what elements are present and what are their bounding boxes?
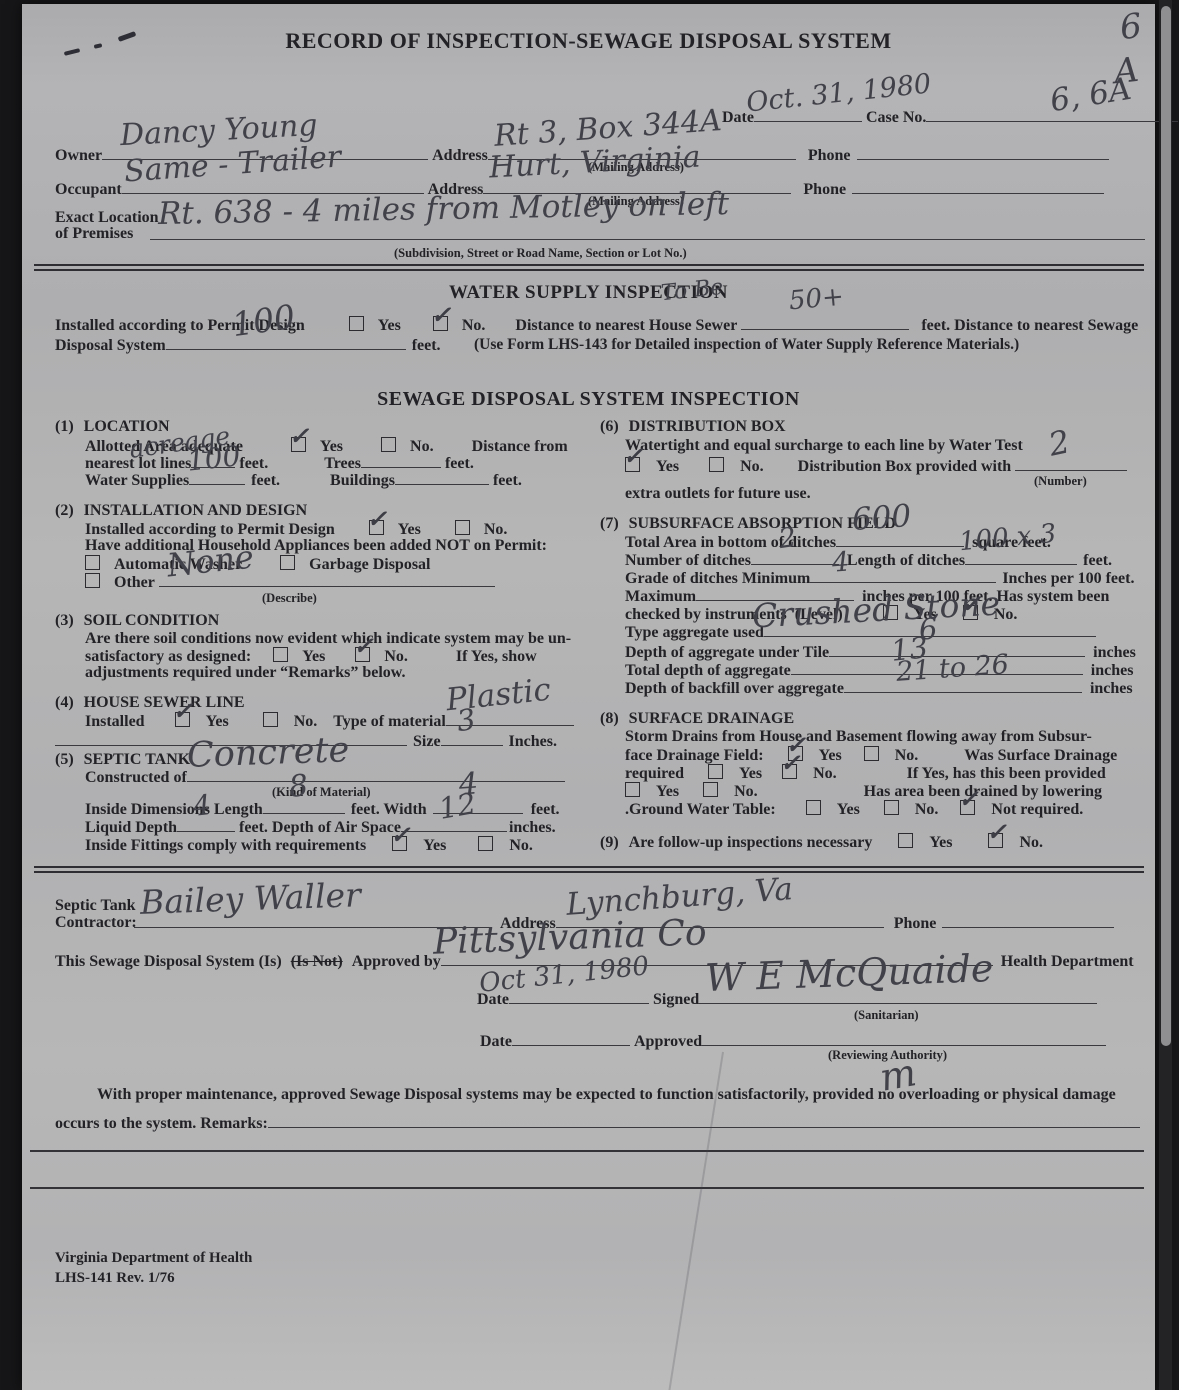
feet-label: feet.	[493, 472, 522, 490]
s7-aggregate-label: Type aggregate used	[625, 624, 764, 642]
yes-label: Yes	[206, 713, 229, 731]
checkbox-s5-no: ✓	[478, 836, 493, 851]
s7-grade-tail: Inches per 100 feet.	[1002, 570, 1134, 588]
health-dept-label: Health Department	[1001, 953, 1134, 971]
footer-form-number: LHS-141 Rev. 1/76	[55, 1268, 175, 1288]
s4-installed-label: Installed	[85, 713, 145, 731]
s2-garbage-label: Garbage Disposal	[309, 556, 430, 574]
s2-appliances-label: Have additional Household Appliances bee…	[85, 537, 547, 555]
checkbox-s3-yes: ✓	[273, 647, 288, 662]
check-mark-icon: ✓	[367, 510, 387, 528]
s6-line1: Watertight and equal surcharge to each l…	[625, 437, 1023, 455]
section-title: DISTRIBUTION BOX	[629, 418, 786, 436]
scrollbar-track[interactable]	[1159, 0, 1172, 1390]
yes-label: Yes	[656, 458, 679, 476]
yes-label: Yes	[423, 837, 446, 855]
s8-gwt-label: .Ground Water Table:	[625, 801, 776, 819]
handwritten-disposal-distance: 100	[230, 300, 297, 341]
no-label: No.	[734, 783, 758, 801]
checkbox-ws-no: ✓	[433, 316, 448, 331]
yes-label: Yes	[378, 317, 401, 335]
s7-max-label: Maximum	[625, 588, 696, 606]
ws-tail-label: feet. Distance to nearest Sewage	[921, 317, 1138, 335]
check-mark-icon: ✓	[289, 427, 309, 445]
handwritten-tank-material: Concrete	[186, 733, 349, 774]
checkbox-s9-yes: ✓	[898, 833, 913, 848]
is-not-label: (Is Not)	[291, 953, 343, 971]
s5-width-label: feet. Width	[351, 801, 427, 819]
document-title: RECORD OF INSPECTION-SEWAGE DISPOSAL SYS…	[22, 28, 1155, 54]
yes-label: Yes	[819, 747, 842, 765]
inches-label: inches	[1093, 644, 1136, 662]
s5-dims-label: Inside Dimensions Length	[85, 801, 263, 819]
remarks-line	[30, 1150, 1144, 1152]
signed-label: Signed	[653, 991, 699, 1009]
checkbox-s8-gwt-yes: ✓	[806, 800, 821, 815]
checkbox-s3-no: ✓	[355, 647, 370, 662]
s8-was-drainage-label: Was Surface Drainage	[964, 747, 1117, 765]
s4-material-label: Type of material	[333, 713, 446, 731]
document-page: RECORD OF INSPECTION-SEWAGE DISPOSAL SYS…	[22, 4, 1155, 1390]
s1-watersupplies-label: Water Supplies	[85, 472, 189, 490]
s5-inches-label: inches.	[509, 819, 556, 837]
no-label: No.	[895, 747, 919, 765]
address-label: Address	[432, 147, 488, 165]
s2-other-label: Other	[114, 574, 155, 592]
handwritten-other: None	[165, 541, 255, 582]
remarks-label: occurs to the system. Remarks:	[55, 1115, 268, 1133]
checkbox-s1-yes: ✓	[291, 437, 306, 452]
number-caption: (Number)	[1034, 474, 1087, 489]
handwritten-watersupplies: 100	[186, 442, 242, 475]
s8-provided-label: If Yes, has this been provided	[907, 765, 1106, 783]
s4-size-label: Size	[413, 733, 441, 751]
handwritten-length: 8	[287, 771, 309, 803]
footer-org: Virginia Department of Health	[55, 1248, 252, 1268]
section-divider	[34, 866, 1144, 873]
s6-provided-label: Distribution Box provided with	[798, 458, 1012, 476]
s7-length-label: Length of ditches	[847, 552, 965, 570]
check-mark-icon: ✓	[780, 754, 800, 772]
s8-field-label: face Drainage Field:	[625, 747, 764, 765]
s1-distance-label: Distance from	[472, 438, 568, 456]
handwritten-area: 600	[851, 501, 912, 536]
describe-caption: (Describe)	[262, 591, 317, 606]
inches-label: inches	[1090, 680, 1133, 698]
no-label: No.	[740, 458, 764, 476]
section-title: SURFACE DRAINAGE	[629, 710, 795, 728]
yes-label: Yes	[929, 834, 952, 852]
checkbox-s2-garbage: ✓	[280, 555, 295, 570]
handwritten-grade: 4	[831, 548, 850, 576]
checkbox-s6-no: ✓	[709, 457, 724, 472]
s7-nditches-label: Number of ditches	[625, 552, 751, 570]
feet-label: feet.	[412, 337, 441, 355]
s4-inches-label: Inches.	[509, 733, 557, 751]
handwritten-health-dept: Pittsylvania Co	[432, 915, 707, 961]
handwritten-distance: 50+	[788, 284, 845, 315]
water-supply-heading: WATER SUPPLY INSPECTION	[22, 282, 1155, 304]
section-number: (2)	[55, 502, 74, 520]
section-title: HOUSE SEWER LINE	[84, 694, 245, 712]
check-mark-icon: ✓	[353, 637, 373, 655]
date-label: Date	[480, 1033, 512, 1051]
checkbox-s8-provided-no: ✓	[703, 782, 718, 797]
feet-label: feet.	[251, 472, 280, 490]
s5-fittings-label: Inside Fittings comply with requirements	[85, 837, 366, 855]
section-number: (1)	[55, 418, 74, 436]
phone-label: Phone	[894, 915, 937, 933]
no-label: No.	[915, 801, 939, 819]
checkbox-s8-gwt-no: ✓	[884, 800, 899, 815]
no-label: No.	[509, 837, 533, 855]
handwritten-location: Rt. 638 - 4 miles from Motley on left	[158, 189, 730, 230]
s8-line1: Storm Drains from House and Basement flo…	[625, 728, 1092, 746]
section-number: (3)	[55, 612, 74, 630]
approved-label: Approved	[634, 1033, 702, 1051]
s1-buildings-label: Buildings	[330, 472, 395, 490]
no-label: No.	[813, 765, 837, 783]
s5-constructed-label: Constructed of	[85, 769, 187, 787]
feet-label: feet.	[1083, 552, 1112, 570]
handwritten-nditches: 2	[777, 524, 798, 553]
inches-label: inches	[1091, 662, 1134, 680]
section-divider	[34, 264, 1144, 271]
handwritten-outlets: 2	[1046, 425, 1073, 461]
kind-of-material-caption: (Kind of Material)	[272, 785, 371, 800]
check-mark-icon: ✓	[431, 306, 451, 324]
location-label: Exact Location	[55, 210, 159, 226]
contractor-label: Septic Tank	[55, 897, 135, 914]
approved-by-label: Approved by	[352, 953, 441, 971]
checkbox-ws-yes: ✓	[349, 316, 364, 331]
s7-depth-under-label: Depth of aggregate under Tile	[625, 644, 829, 662]
remarks-line	[30, 1187, 1144, 1189]
scan-viewer: RECORD OF INSPECTION-SEWAGE DISPOSAL SYS…	[0, 0, 1179, 1390]
yes-label: Yes	[656, 783, 679, 801]
section-number: (5)	[55, 751, 74, 769]
s3-line3: adjustments required under “Remarks” bel…	[85, 664, 405, 682]
checkbox-s2-washer: ✓	[85, 555, 100, 570]
checkbox-s2-no: ✓	[455, 520, 470, 535]
s8-required-label: required	[625, 765, 684, 783]
s7-backfill-label: Depth of backfill over aggregate	[625, 680, 844, 698]
checkbox-s6-yes: ✓	[625, 457, 640, 472]
section-number: (7)	[600, 515, 619, 533]
check-mark-icon: ✓	[623, 447, 643, 465]
ws-form-note: (Use Form LHS-143 for Detailed inspectio…	[474, 336, 1019, 354]
section-number: (4)	[55, 694, 74, 712]
check-mark-icon: ✓	[390, 826, 410, 844]
section-number: (8)	[600, 710, 619, 728]
scrollbar-thumb[interactable]	[1161, 6, 1171, 1046]
yes-label: Yes	[739, 765, 762, 783]
s7-grade-label: Grade of ditches Minimum	[625, 570, 810, 588]
no-label: No.	[462, 317, 486, 335]
s3-line1: Are there soil conditions now evident wh…	[85, 630, 571, 648]
feet-label: feet.	[531, 801, 560, 819]
checkbox-s2-other: ✓	[85, 573, 100, 588]
sewage-heading: SEWAGE DISPOSAL SYSTEM INSPECTION	[22, 388, 1155, 411]
section-title: INSTALLATION AND DESIGN	[84, 502, 307, 520]
check-mark-icon: ✓	[986, 823, 1006, 841]
section-title: SEPTIC TANK	[84, 751, 191, 769]
handwritten-airspace: 12	[437, 789, 478, 824]
s9-text: Are follow-up inspections necessary	[629, 834, 873, 852]
checkbox-s8-not-required: ✓	[960, 800, 975, 815]
ws-house-sewer-label: Distance to nearest House Sewer	[515, 317, 737, 335]
section-number: (9)	[600, 834, 619, 852]
closing-paragraph: With proper maintenance, approved Sewage…	[97, 1086, 1116, 1104]
occupant-label: Occupant	[55, 181, 122, 199]
phone-label: Phone	[803, 181, 846, 199]
check-mark-icon: ✓	[958, 790, 978, 808]
handwritten-contractor-name: Bailey Waller	[139, 878, 361, 919]
checkbox-s4-yes: ✓	[175, 712, 190, 727]
location-caption: (Subdivision, Street or Road Name, Secti…	[394, 246, 687, 261]
handwritten-liquid-depth: 4	[192, 791, 213, 821]
checkbox-s9-no: ✓	[988, 833, 1003, 848]
s7-area-label: Total Area in bottom of ditches	[625, 534, 836, 552]
sanitarian-caption: (Sanitarian)	[854, 1008, 919, 1023]
checkbox-s8-storm-no: ✓	[864, 746, 879, 761]
phone-label: Phone	[808, 147, 851, 165]
check-mark-icon: ✓	[173, 702, 193, 720]
checkbox-s8-provided-yes: ✓	[625, 782, 640, 797]
s6-line3: extra outlets for future use.	[625, 485, 811, 503]
approved-by-label: This Sewage Disposal System (Is)	[55, 953, 282, 971]
handwritten-signature: W E McQuaide	[705, 949, 995, 997]
checkbox-s2-yes: ✓	[369, 520, 384, 535]
location-label: of Premises	[55, 226, 133, 242]
contractor-label: Contractor:	[55, 914, 137, 931]
no-label: No.	[1019, 834, 1043, 852]
s7-total-depth-label: Total depth of aggregate	[625, 662, 791, 680]
no-label: No.	[294, 713, 318, 731]
section-number: (6)	[600, 418, 619, 436]
section-title: SOIL CONDITION	[84, 612, 220, 630]
handwritten-occupant-address: Hurt, Virginia	[489, 142, 702, 183]
yes-label: Yes	[837, 801, 860, 819]
s3-ifyes-label: If Yes, show	[456, 648, 537, 666]
handwritten-corner-note: 6	[1118, 9, 1143, 45]
checkbox-s4-no: ✓	[263, 712, 278, 727]
s5-airspace-label: feet. Depth of Air Space	[239, 819, 401, 837]
ws-disposal-label: Disposal System	[55, 337, 166, 355]
checkbox-s5-yes: ✓	[392, 836, 407, 851]
s8-drained-label: Has area been drained by lowering	[864, 783, 1102, 801]
handwritten-ditch-length: 100 x 3	[958, 521, 1057, 555]
checkbox-s8-required-yes: ✓	[708, 764, 723, 779]
handwritten-backfill: 21 to 26	[895, 651, 1010, 686]
checkbox-s8-required-no: ✓	[782, 764, 797, 779]
checkbox-s1-no: ✓	[381, 437, 396, 452]
owner-label: Owner	[55, 147, 102, 165]
s5-liquid-label: Liquid Depth	[85, 819, 177, 837]
handwritten-size: 3	[455, 705, 477, 736]
case-no-label: Case No.	[866, 109, 926, 127]
